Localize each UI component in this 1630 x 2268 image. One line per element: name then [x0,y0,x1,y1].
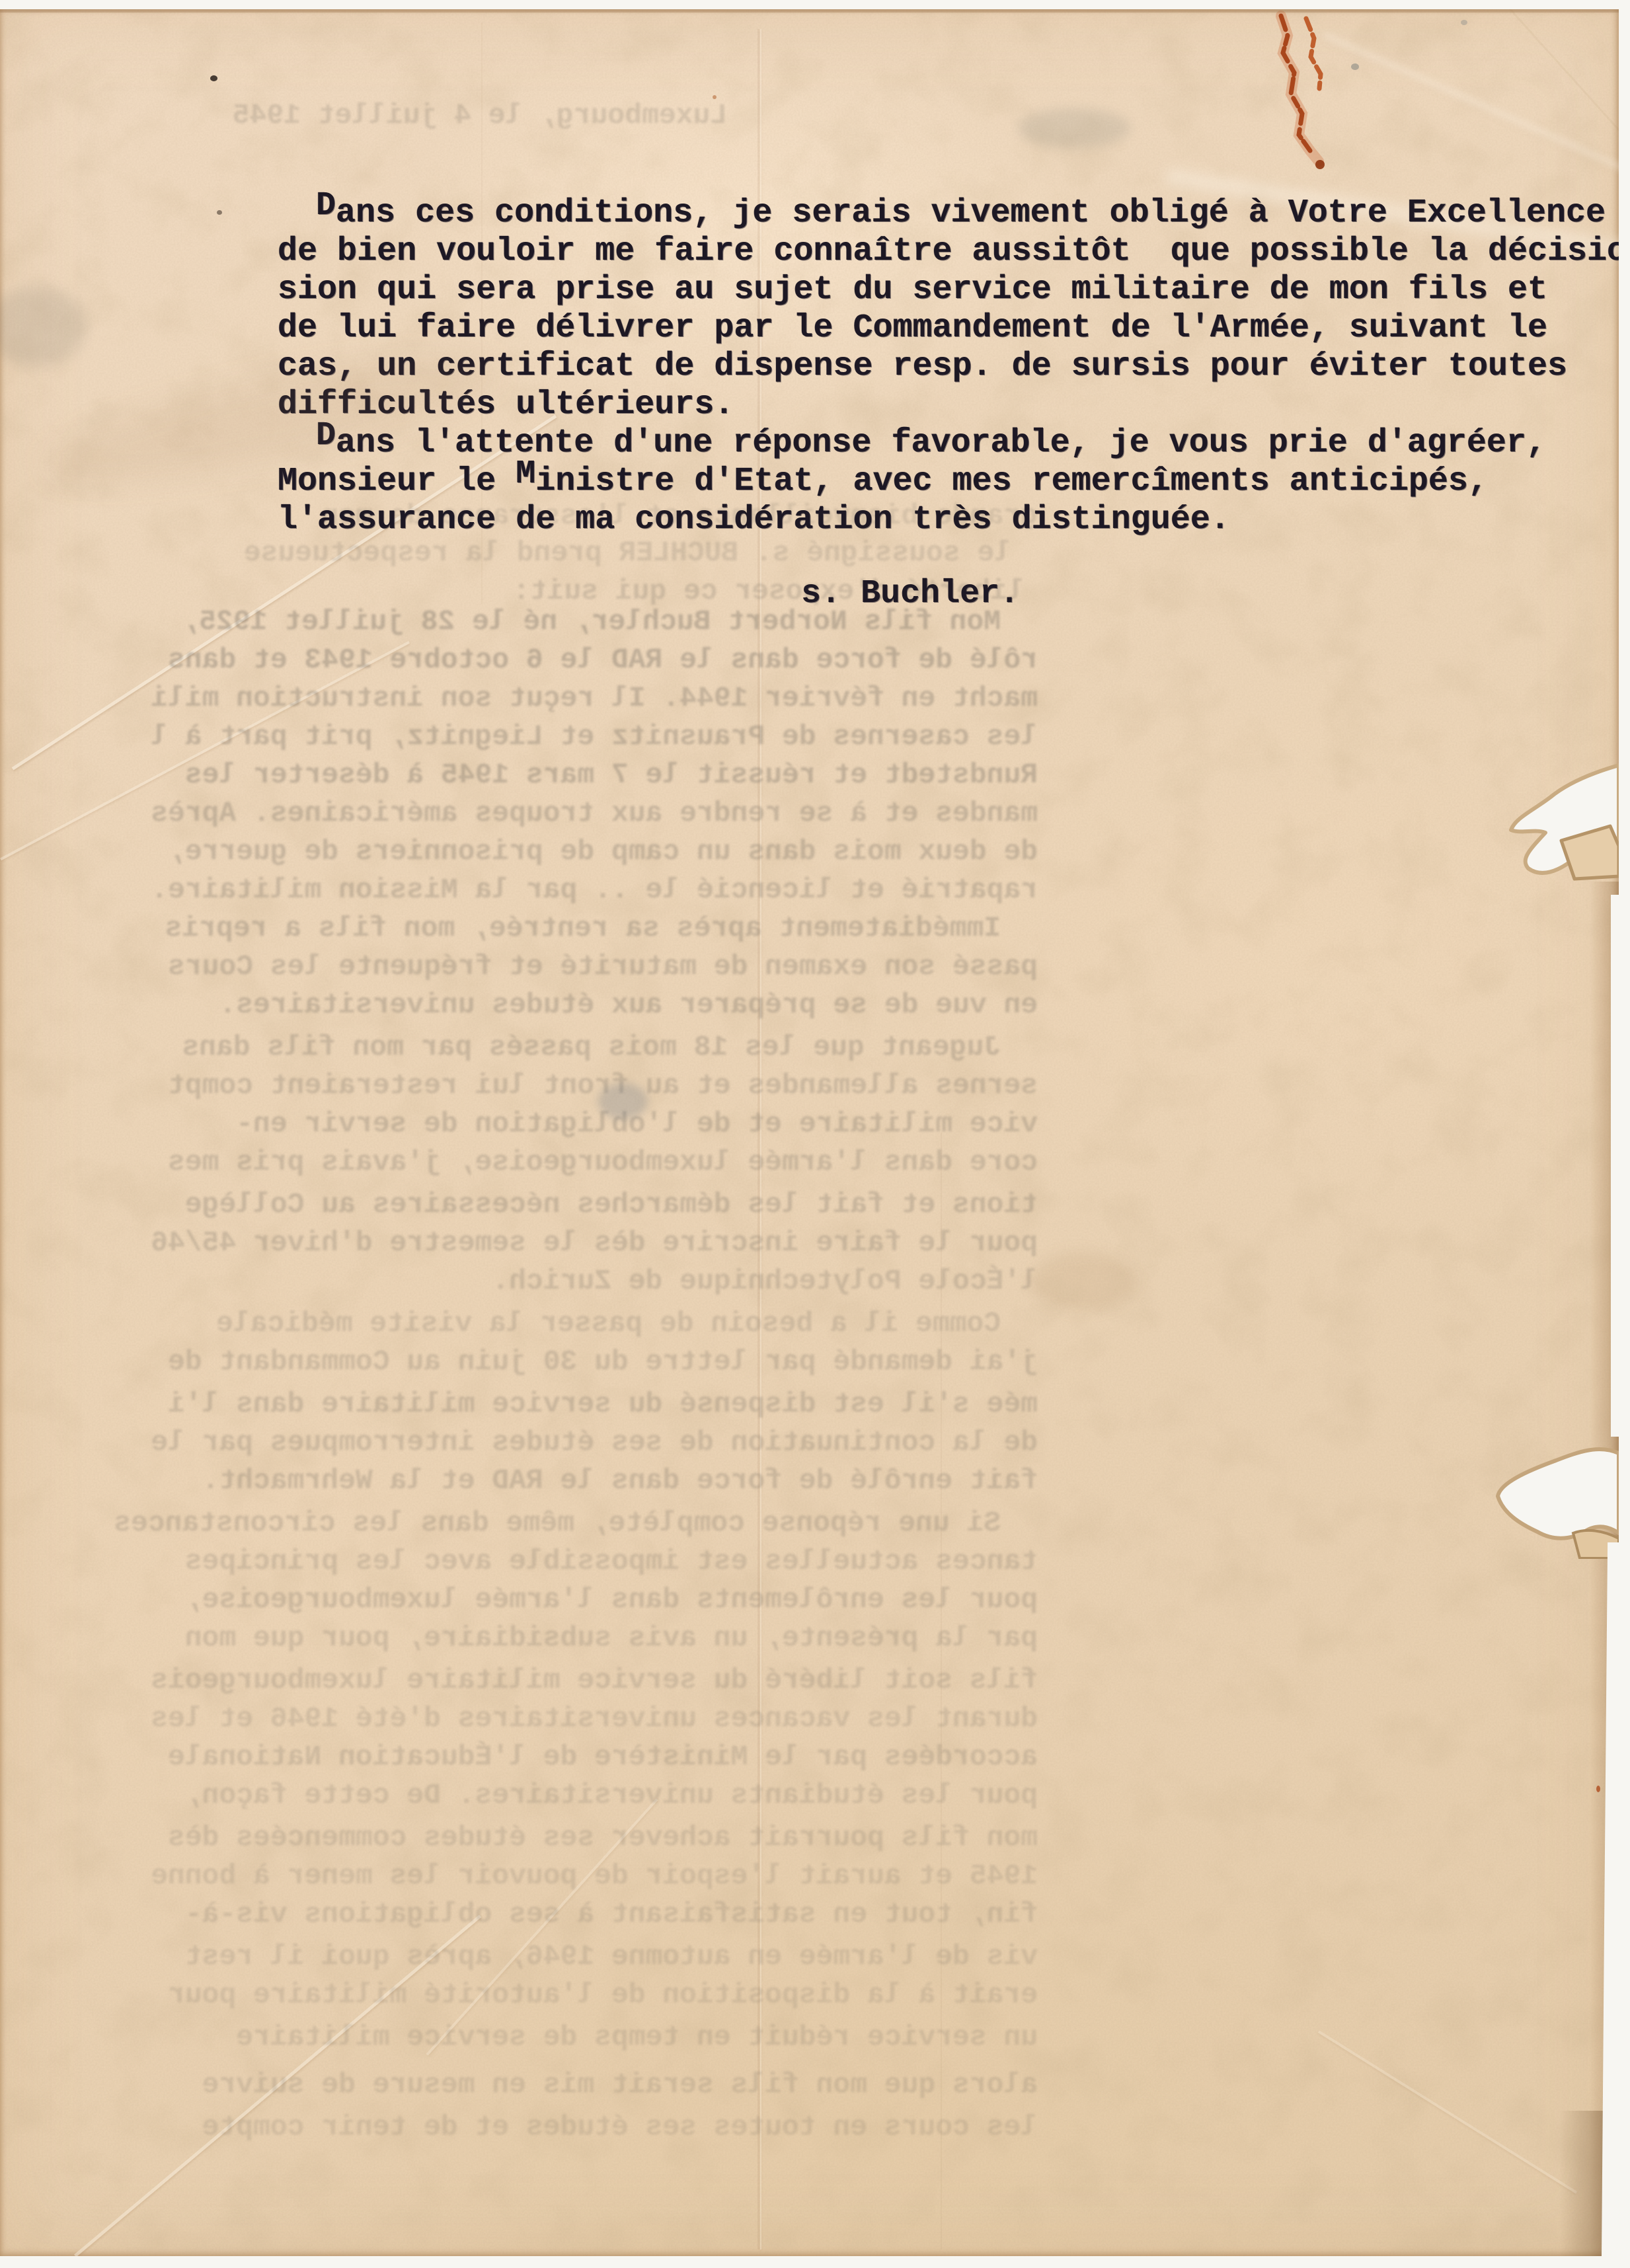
bleedthrough-line: core dans l'armée luxembourgeoise, j'ava… [168,1146,1038,1178]
bleedthrough-line: l'École Polytechnique de Zurich. [492,1265,1038,1297]
brown-stain [1031,1252,1137,1311]
bleedthrough-line: sernes allemandes et au front lui rester… [168,1069,1038,1102]
bleedthrough-line: les casernes de Prausnitz et Liegnitz, p… [151,720,1038,753]
bleedthrough-line: alors que mon fils serait mis en mesure … [202,2068,1038,2101]
bleedthrough-line: en vue de se préparer aux études univers… [219,989,1038,1021]
bleedthrough-line: un service réduit en temps de service mi… [236,2021,1038,2053]
bleedthrough-line: fils soit libéré du service militaire lu… [151,1664,1038,1696]
bleedthrough-line: 1945 et aurait l'espoir de pouvoir les m… [151,1860,1038,1892]
gray-smudge [1018,108,1130,148]
bleedthrough-line: tions et fait les démarches nécessaires … [185,1188,1038,1221]
letter-line: difficultés ultérieurs. [278,386,1619,424]
scan-background: Luxembourg, le 4 juillet 1945grande bien… [0,0,1630,2268]
signature: s. Buchler. [801,575,1019,613]
bleedthrough-line: macht en février 1944. Il reçut son inst… [151,682,1038,714]
bleedthrough-line: pour les enrôlements dans l'armée luxemb… [185,1583,1038,1616]
edge-fibers-right [1590,882,1619,2256]
torn-right-edge-upper [1611,895,1619,1437]
raised-typewriter-capital: D [316,417,336,455]
bleedthrough-line: Si une réponse complète, même dans les c… [114,1507,1038,1539]
letter-line: l'assurance de ma considération très dis… [278,501,1619,539]
bleedthrough-line: vis de l'armée en automne 1946, après qu… [185,1940,1038,1973]
bleedthrough-line: mandes et à se rendre aux troupes améric… [151,797,1038,829]
crease-diagonal-bottomcenter [426,1798,658,2055]
crease-diagonal-topright-corner [1462,9,1619,144]
document-page: Luxembourg, le 4 juillet 1945grande bien… [0,9,1619,2256]
letter-body: Dans ces conditions, je serais vivement … [278,194,1619,539]
raised-typewriter-capital: D [316,187,336,225]
bleedthrough-line: fin, tout en satisfaisant à ses obligati… [185,1898,1038,1930]
bleedthrough-line: accordées par le Ministère de l'Éducatio… [168,1741,1038,1773]
letter-line: cas, un certificat de dispense resp. de … [278,348,1619,386]
bleedthrough-line: Luxembourg, le 4 juillet 1945 [233,99,1038,132]
bleedthrough-line: rôlé de force dans le RAD le 6 octobre 1… [168,644,1038,676]
bleedthrough-line: durant les vacances universitaires d'été… [151,1702,1038,1735]
torn-edge-notch-lower [1474,1417,1619,1559]
bleedthrough-line: le soussigné s. BUCHLER prend la respect… [244,537,1038,569]
bleedthrough-line: pour les étudiants universitaires. De ce… [185,1779,1038,1811]
crease-diagonal-bottomleft [74,1914,481,2256]
letter-line: Monsieur le Ministre d'Etat, avec mes re… [278,463,1619,501]
bleedthrough-line: de deux mois dans un camp de prisonniers… [168,835,1038,868]
bleedthrough-line: erait à la disposition de l'autorité mil… [168,1979,1038,2011]
crease-diagonal-bottomright [1318,2030,1577,2193]
gray-speck [1461,20,1467,25]
rust-stain-marks [1256,9,1368,181]
bleedthrough-line: de la continuation de ses études interro… [151,1426,1038,1458]
letter-line: de bien vouloir me faire connaître aussi… [278,233,1619,271]
bleedthrough-line: rapatrié et licencié le .. par la Missio… [151,874,1038,906]
bleedthrough-line: mon fils pourrait achever ses études com… [168,1821,1038,1854]
torn-right-edge-lower [1602,1542,1619,2256]
letter-line: Dans ces conditions, je serais vivement … [278,194,1619,233]
letter-line: Dans l'attente d'une réponse favorable, … [278,424,1619,463]
torn-edge-notch-upper [1481,747,1619,905]
bleedthrough-line: Rundstedt et réussit le 7 mars 1945 à dé… [185,759,1038,791]
rust-speck [713,95,717,99]
rust-speck [1596,1786,1600,1792]
bleedthrough-line: par la présente, un avis subsidiaire, po… [185,1622,1038,1654]
gray-smudge [0,287,86,366]
raised-typewriter-capital: M [516,455,535,493]
bleedthrough-line: passé son examen de maturité et fréquent… [168,950,1038,983]
bleedthrough-line: les cours en toutes ses études et de ten… [202,2111,1038,2143]
bleedthrough-line: Comme il a besoin de passer la visite mé… [216,1307,1038,1340]
bleedthrough-line: tances actuelles est impossible avec les… [185,1545,1038,1577]
bleedthrough-line: pour le faire inscrire dès le semestre d… [151,1227,1038,1259]
bleedthrough-line: Immédiatement après sa rentrée, mon fils… [165,912,1038,944]
edge-fibers-bottomright [1559,2111,1619,2256]
blue-smudge [598,1083,648,1119]
bleedthrough-line: mée s'il est dispensé du service militai… [168,1388,1038,1420]
bleedthrough-line: j'ai demandé par lettre du 30 juin au Co… [168,1345,1038,1378]
ink-speck [210,75,217,81]
edge-fibers-top [0,9,1619,13]
letter-line: sion qui sera prise au sujet du service … [278,271,1619,309]
bleedthrough-line: vice militaire et de l'obligation de ser… [236,1108,1038,1140]
ink-speck [217,210,222,215]
letter-line: de lui faire délivrer par le Commandemen… [278,309,1619,348]
bleedthrough-line: Jugeant que les 18 mois passés par mon f… [182,1031,1038,1063]
crease-vertical-right [941,1133,942,2249]
bleedthrough-line: fait enrôlé de force dans le RAD et la W… [202,1464,1038,1497]
crease-diagonal-topleft-2 [0,641,410,860]
